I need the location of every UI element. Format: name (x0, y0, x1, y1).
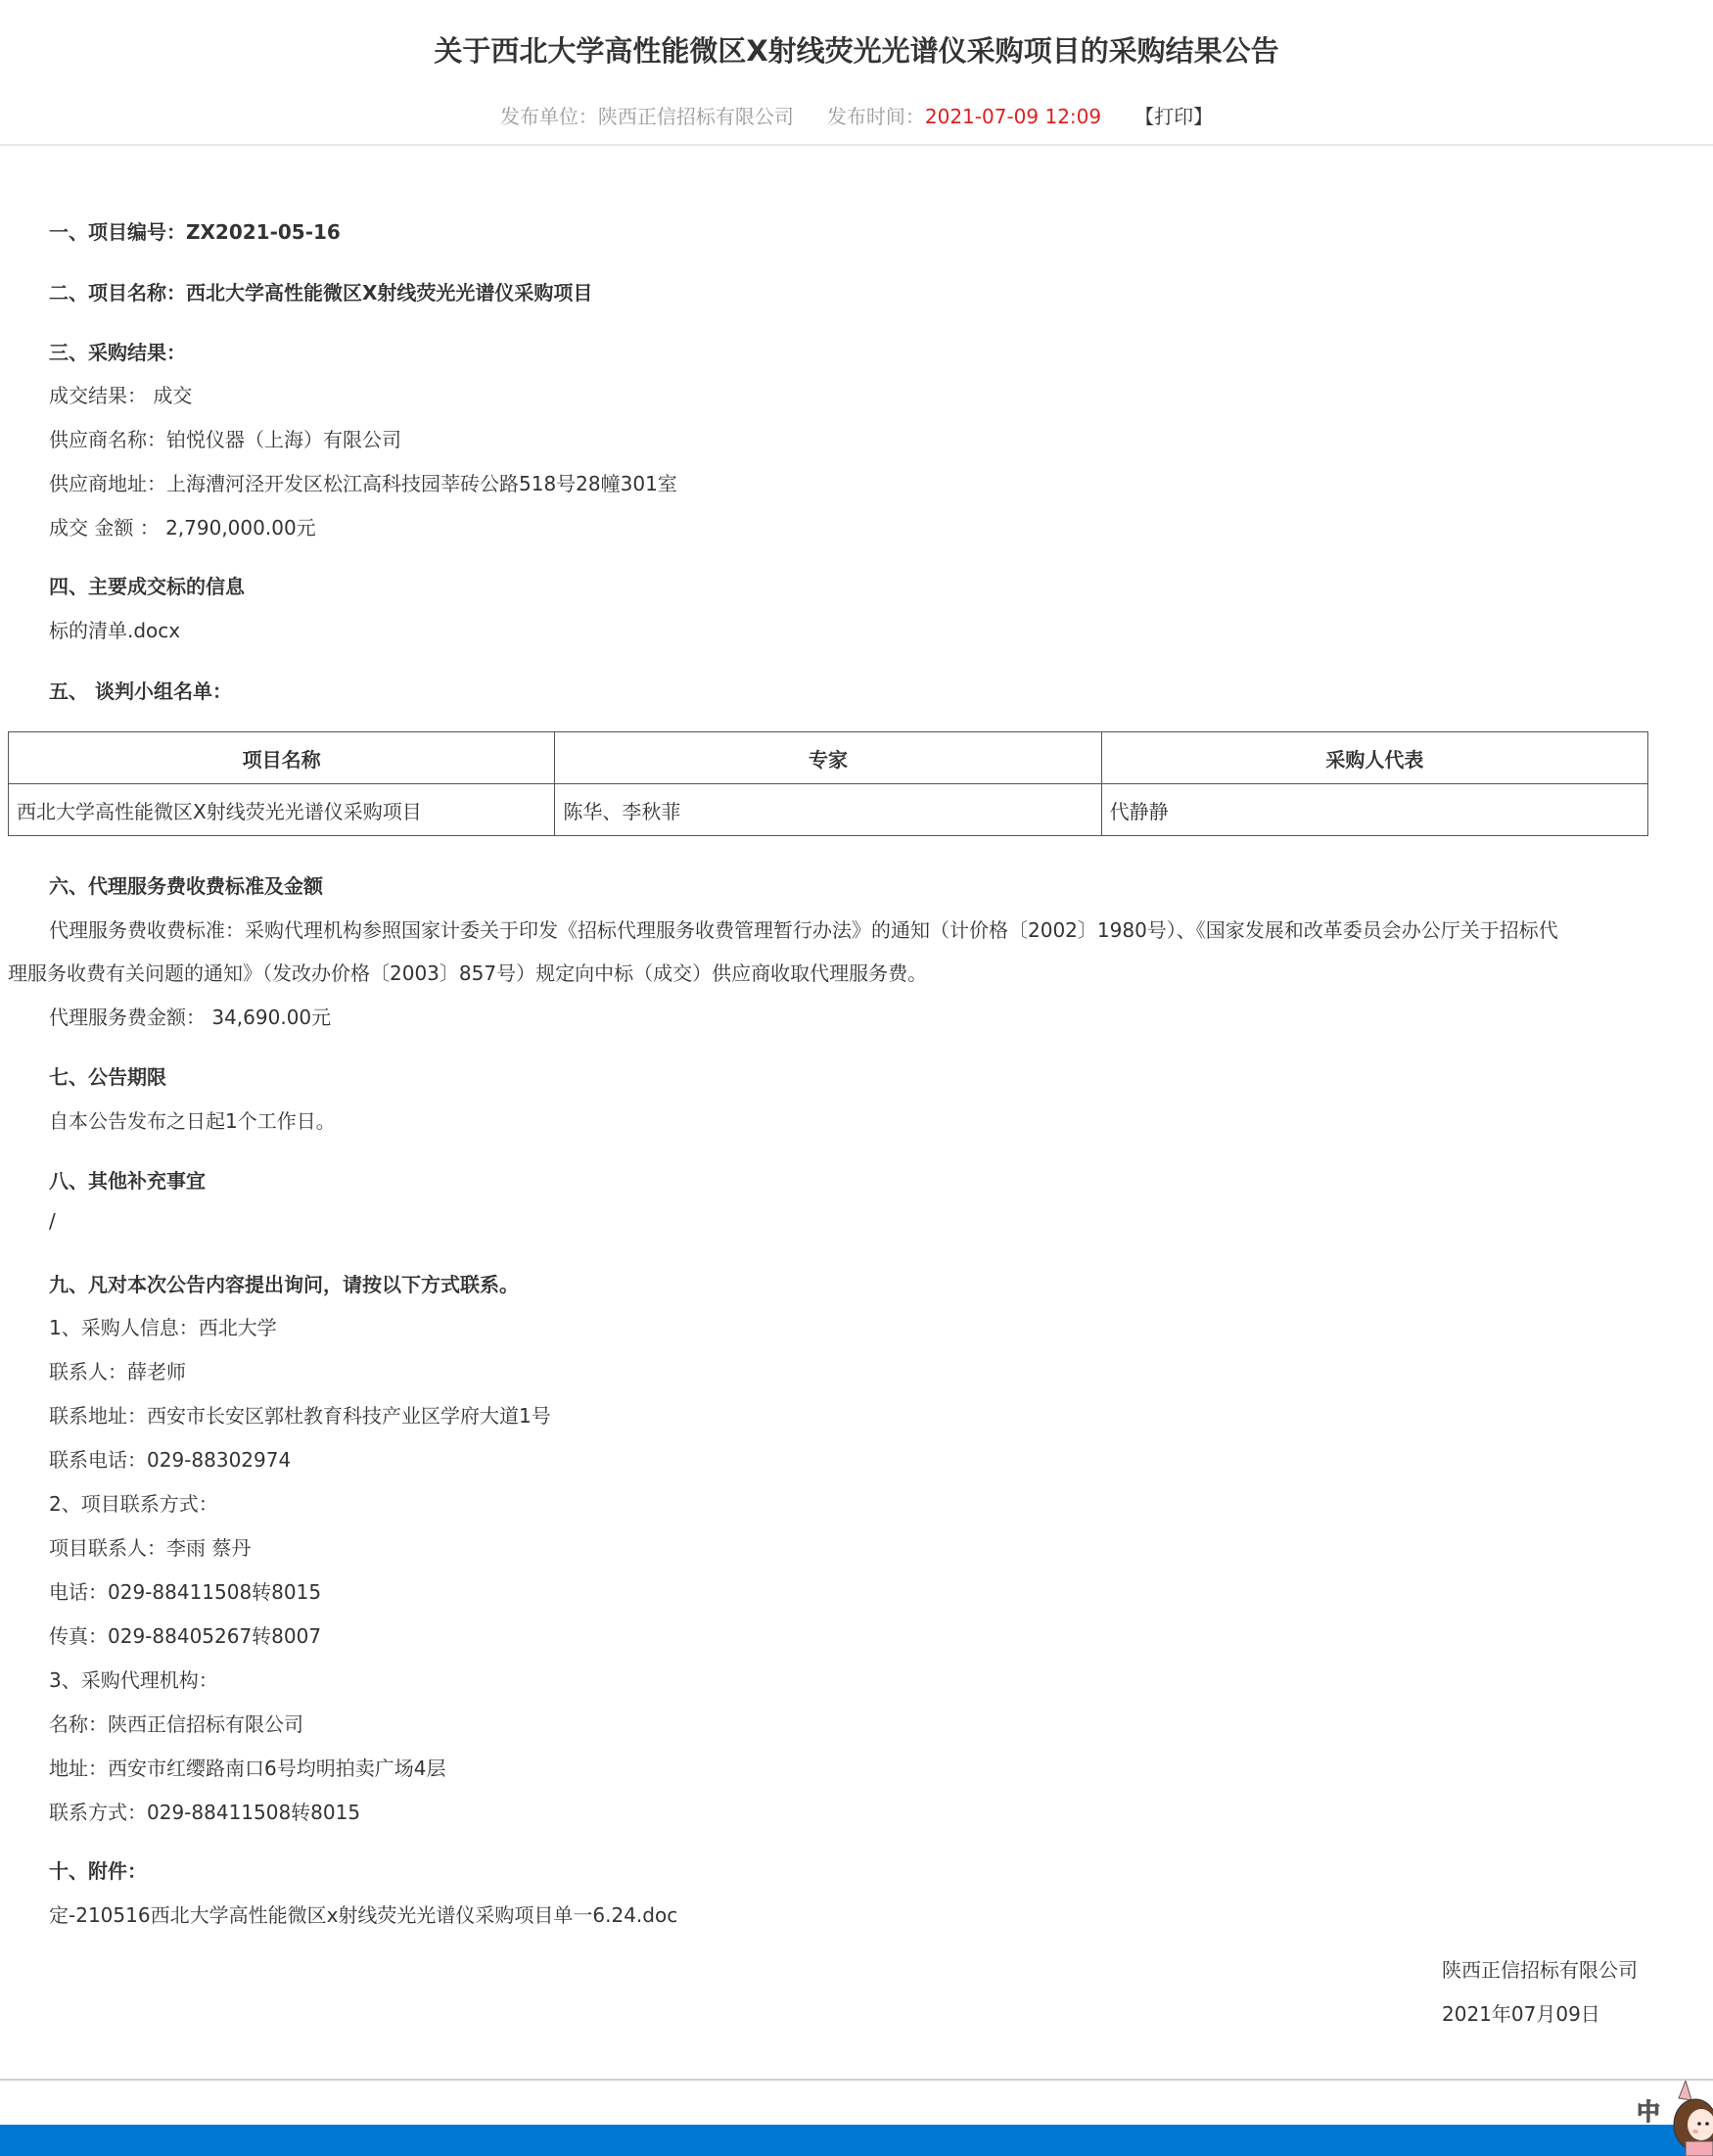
fee-standard-line-1: 代理服务费收费标准：采购代理机构参照国家计委关于印发《招标代理服务收费管理暂行办… (49, 914, 1558, 943)
column-header-purchaser-rep: 采购人代表 (1101, 732, 1647, 784)
contact-line: 项目联系人：李雨 蔡丹 (49, 1532, 251, 1561)
table-row: 西北大学高性能微区X射线荧光光谱仪采购项目 陈华、李秋菲 代静静 (9, 784, 1648, 836)
publisher-value: 陕西正信招标有限公司 (598, 105, 794, 128)
section-5-heading: 五、 谈判小组名单： (49, 676, 232, 704)
page-header: 关于西北大学高性能微区X射线荧光光谱仪采购项目的采购结果公告 发布单位：陕西正信… (0, 0, 1713, 146)
publish-time-value: 2021-07-09 12:09 (925, 105, 1101, 128)
cell-experts: 陈华、李秋菲 (555, 784, 1101, 836)
contact-line: 联系电话：029-88302974 (49, 1444, 291, 1473)
supplier-address-line: 供应商地址：上海漕河泾开发区松江高科技园莘砖公路518号28幢301室 (49, 468, 677, 496)
publish-time-label: 发布时间： (827, 105, 925, 128)
contact-line: 名称：陕西正信招标有限公司 (49, 1709, 303, 1737)
supplier-name-line: 供应商名称：铂悦仪器（上海）有限公司 (49, 424, 401, 452)
fee-amount-line: 代理服务费金额： 34,690.00元 (49, 1002, 331, 1030)
deal-amount-line: 成交 金额 ： 2,790,000.00元 (49, 512, 316, 540)
section-9-heading: 九、凡对本次公告内容提出询问，请按以下方式联系。 (49, 1269, 519, 1297)
footer-divider (0, 2079, 1713, 2081)
publisher-label: 发布单位： (500, 105, 598, 128)
contact-line: 联系地址：西安市长安区郭杜教育科技产业区学府大道1号 (49, 1400, 551, 1429)
cell-project: 西北大学高性能微区X射线荧光光谱仪采购项目 (9, 784, 555, 836)
contact-line: 传真：029-88405267转8007 (49, 1620, 321, 1649)
contact-line: 电话：029-88411508转8015 (49, 1576, 321, 1605)
section-3-heading: 三、采购结果： (49, 337, 186, 365)
contact-line: 地址：西安市红缨路南口6号均明拍卖广场4层 (49, 1753, 445, 1781)
contact-line: 3、采购代理机构： (49, 1664, 218, 1693)
contact-line: 联系方式：029-88411508转8015 (49, 1797, 360, 1825)
notice-period-text: 自本公告发布之日起1个工作日。 (49, 1105, 336, 1134)
mascot-icon[interactable]: 中 (1635, 2081, 1713, 2156)
column-header-experts: 专家 (555, 732, 1101, 784)
svg-text:中: 中 (1637, 2098, 1660, 2126)
footer-bar (0, 2125, 1713, 2156)
item-list-attachment-link[interactable]: 标的清单.docx (49, 615, 180, 643)
contact-line: 1、采购人信息：西北大学 (49, 1312, 277, 1340)
table-header-row: 项目名称 专家 采购人代表 (9, 732, 1648, 784)
cell-purchaser-rep: 代静静 (1101, 784, 1647, 836)
supplementary-text: / (49, 1209, 56, 1233)
section-1-heading: 一、项目编号：ZX2021-05-16 (49, 216, 341, 245)
section-8-heading: 八、其他补充事宜 (49, 1165, 206, 1194)
publish-meta: 发布单位：陕西正信招标有限公司发布时间：2021-07-09 12:09【打印】 (0, 101, 1713, 129)
contact-line: 2、项目联系方式： (49, 1488, 218, 1517)
section-4-heading: 四、主要成交标的信息 (49, 571, 245, 599)
column-header-project: 项目名称 (9, 732, 555, 784)
page-title: 关于西北大学高性能微区X射线荧光光谱仪采购项目的采购结果公告 (0, 29, 1713, 70)
contact-line: 联系人：薛老师 (49, 1356, 186, 1384)
signature-company: 陕西正信招标有限公司 (1442, 1954, 1638, 1983)
section-2-heading: 二、项目名称：西北大学高性能微区X射线荧光光谱仪采购项目 (49, 277, 592, 305)
print-link[interactable]: 【打印】 (1134, 105, 1213, 128)
attachment-link[interactable]: 定-210516西北大学高性能微区x射线荧光光谱仪采购项目单一6.24.doc (49, 1899, 677, 1928)
section-10-heading: 十、附件： (49, 1855, 147, 1884)
fee-standard-line-2: 理服务收费有关问题的通知》（发改办价格〔2003〕857号）规定向中标（成交）供… (8, 958, 927, 986)
result-line: 成交结果： 成交 (49, 380, 192, 408)
signature-date: 2021年07月09日 (1442, 1998, 1600, 2027)
section-7-heading: 七、公告期限 (49, 1061, 166, 1090)
section-6-heading: 六、代理服务费收费标准及金额 (49, 870, 323, 899)
panel-table: 项目名称 专家 采购人代表 西北大学高性能微区X射线荧光光谱仪采购项目 陈华、李… (8, 731, 1648, 836)
